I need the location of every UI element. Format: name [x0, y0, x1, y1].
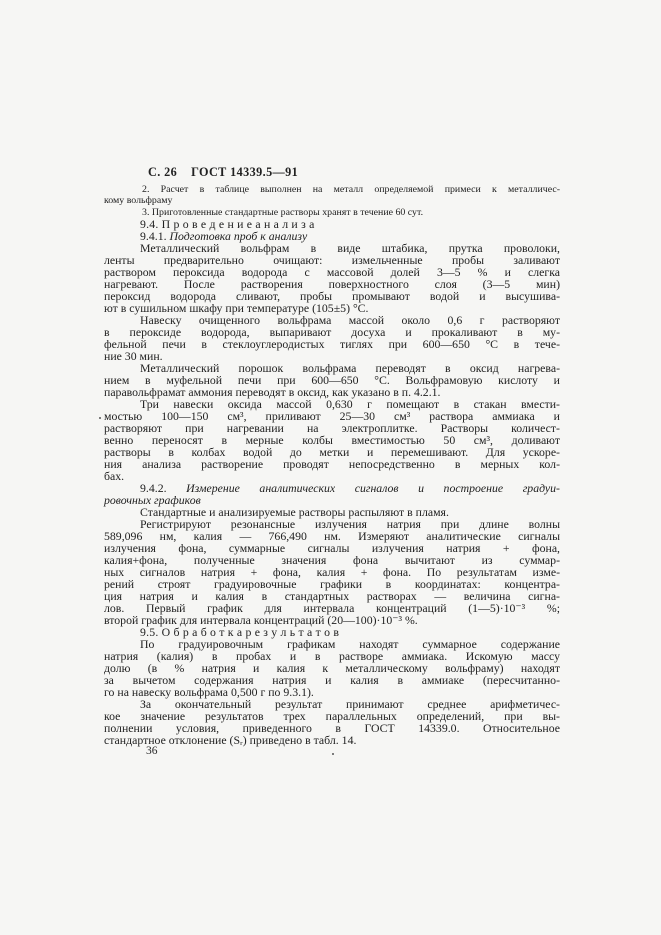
paragraph-results: По градуировочным графикам находят сумма… — [104, 638, 560, 698]
standard-number: ГОСТ 14339.5—91 — [191, 165, 298, 179]
text-line: фельной печи в стеклоуглеродистых тиглях… — [104, 338, 560, 350]
page-number: 36 — [146, 745, 158, 757]
page-label: С. 26 — [148, 165, 177, 179]
text-column: С. 26ГОСТ 14339.5—91 2. Расчет в таблице… — [104, 165, 560, 746]
document-blocks: 2. Расчет в таблице выполнен на металл о… — [104, 184, 560, 746]
italic-heading-text: Измерение аналитических сигналов и постр… — [186, 481, 560, 495]
text-line: 2. Расчет в таблице выполнен на металл о… — [104, 184, 560, 195]
section-9-4-2-heading: 9.4.2. Измерение аналитических сигналов … — [104, 482, 560, 506]
scanned-page: С. 26ГОСТ 14339.5—91 2. Расчет в таблице… — [0, 0, 661, 935]
note-2: 2. Расчет в таблице выполнен на металл о… — [104, 184, 560, 207]
paragraph-sample-prep: Металлический вольфрам в виде штабика, п… — [104, 242, 560, 314]
text-line: стандартное отклонение (Sᵣ) приведено в … — [104, 734, 560, 746]
text-line: кому вольфраму — [104, 195, 560, 206]
paragraph-final-result: За окончательный результат принимают сре… — [104, 698, 560, 746]
running-header: С. 26ГОСТ 14339.5—91 — [148, 165, 560, 179]
paragraph-powder: Металлический порошок вольфрама переводя… — [104, 362, 560, 398]
paragraph-oxide-portions: Три навески оксида массой 0,630 г помеща… — [104, 398, 560, 482]
scan-speck — [332, 753, 334, 755]
paragraph-registration: Регистрируют резонансные излучения натри… — [104, 518, 560, 626]
scan-speck — [99, 417, 101, 419]
paragraph-weighing: Навеску очищенного вольфрама массой окол… — [104, 314, 560, 362]
text-line: ния анализа растворение проводят непосре… — [104, 458, 560, 470]
